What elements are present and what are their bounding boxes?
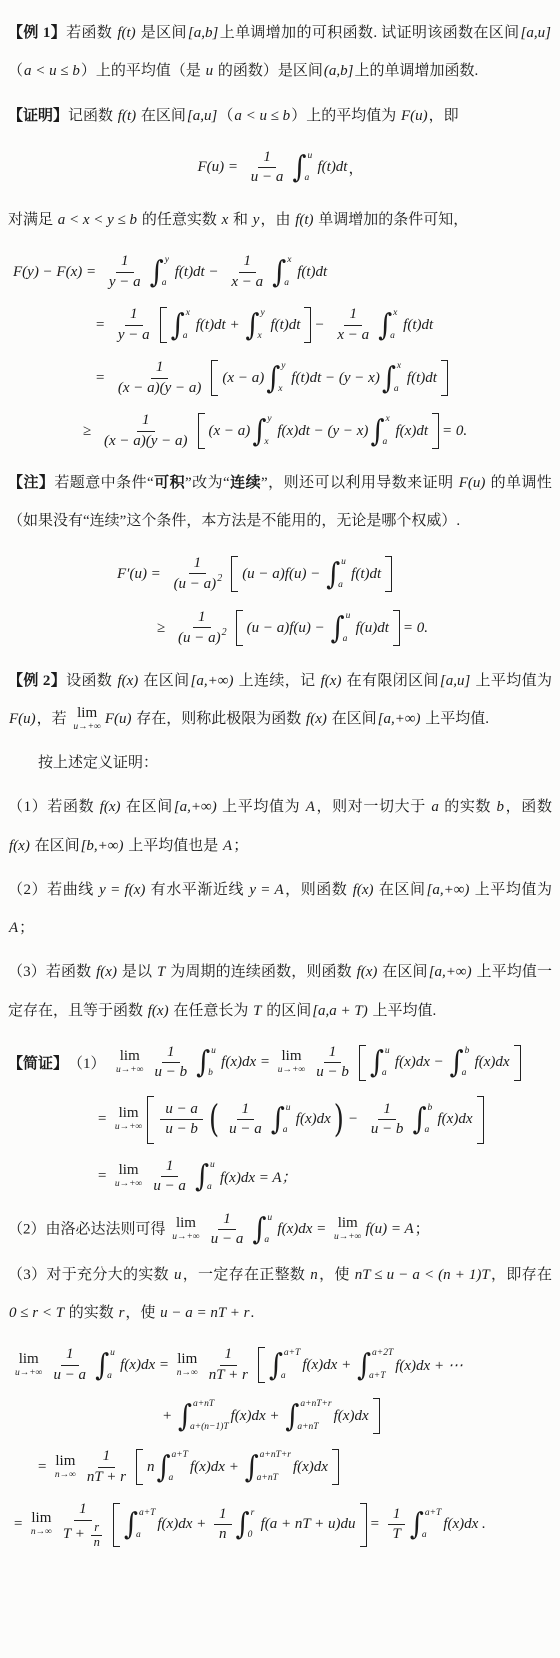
superscript: 2	[222, 627, 227, 638]
formula-row: + ∫a+nTa+(n−1)Tf(x)dx + ∫a+nT+ra+nTf(x)d…	[8, 1398, 552, 1434]
math-text: [b,+∞)	[80, 838, 125, 854]
math-text: a < u ≤ b	[23, 63, 81, 79]
math-text: T	[391, 1526, 401, 1542]
math-text: F(y) − F(x) =	[12, 264, 101, 281]
integral-glyph-icon: ∫	[285, 1401, 299, 1431]
integral-glyph-icon: ∫	[412, 1105, 426, 1135]
math-text: y = A	[248, 882, 284, 898]
right-bracket	[441, 360, 448, 396]
text-run: （2）若曲线	[8, 882, 98, 898]
denominator: u − b	[149, 1063, 192, 1083]
math-text: 1	[241, 1101, 251, 1117]
math-text: u	[205, 63, 215, 79]
integral-limits: yx	[260, 309, 268, 341]
paragraph: （3）对于充分大的实数 u，一定存在正整数 n，使 nT ≤ u − a < (…	[8, 1256, 552, 1333]
integral-glyph-icon: ∫	[370, 416, 384, 446]
limit-word: lim	[119, 1106, 139, 1121]
math-text: −	[347, 1111, 363, 1128]
math-text: (u − a)f(u) −	[241, 566, 325, 583]
math-text: [a,b]	[187, 25, 219, 41]
math-text: f(x)	[95, 964, 118, 980]
math-text: f(x)dx =	[220, 1054, 275, 1071]
fraction: rn	[91, 1521, 103, 1550]
limit-subscript: n→∞	[177, 1369, 198, 1379]
bold-label: 【简证】	[8, 1052, 68, 1073]
math-text: f(t)dt	[296, 264, 328, 281]
math-text: f(t)	[294, 212, 314, 228]
integral-upper-limit: y	[165, 256, 169, 266]
numerator: 1	[61, 1345, 79, 1366]
paragraph: （2）由洛必达法则可得 limu→+∞1u − a∫uaf(x)dx = lim…	[8, 1210, 552, 1250]
math-text: f(x)	[305, 711, 328, 727]
denominator: u − b	[160, 1120, 203, 1140]
text-run: 在区间	[122, 799, 173, 815]
numerator: 1	[344, 305, 362, 326]
integral-sign: ∫a+nT+ra+nT	[245, 1451, 291, 1483]
integral-glyph-icon: ∫	[245, 1452, 259, 1482]
formula-row: = limn→∞1T + rn∫a+Taf(x)dx + 1n∫r0f(a + …	[8, 1500, 552, 1549]
integral-upper-limit: x	[186, 309, 190, 319]
integral-glyph-icon: ∫	[150, 257, 164, 287]
math-text: = 0.	[402, 620, 429, 637]
bold-label: 【证明】	[8, 108, 68, 124]
math-text: u	[173, 1267, 183, 1283]
limit-operator: limu→+∞	[172, 1216, 199, 1243]
left-bracket	[258, 1347, 265, 1383]
bold-label: 连续	[230, 475, 261, 491]
text-run: 记函数	[68, 108, 117, 124]
numerator: 1	[98, 1447, 116, 1468]
integral-sign: ∫xa	[382, 362, 405, 394]
math-text: 1	[165, 1158, 175, 1174]
math-text: u − b	[315, 1064, 350, 1080]
math-text: f(t)dt	[350, 566, 382, 583]
math-text: f(x)dx −	[394, 1054, 449, 1071]
math-text: (u − a)f(u) −	[246, 620, 330, 637]
math-text: n	[309, 1267, 319, 1283]
formula-block: F′(u) = 1(u − a)2(u − a)f(u) − ∫uaf(t)dt…	[8, 554, 552, 649]
bracket-group: (u − a)f(u) − ∫uaf(t)dt	[231, 556, 392, 592]
formula-block: F(u) = 1u − a∫uaf(t)dt，	[8, 148, 552, 188]
math-text: f(x)dx +	[230, 1408, 285, 1425]
text-run: ，	[348, 157, 363, 178]
fraction: 1u − a	[246, 148, 289, 188]
numerator: 1	[151, 358, 169, 379]
text-run: 是以	[118, 964, 156, 980]
formula-row: limu→+∞1u − a∫uaf(x)dx = limn→∞1nT + r∫a…	[8, 1345, 552, 1385]
text-run: 的函数）是区间	[214, 63, 323, 79]
limit-operator: limu→+∞	[116, 1049, 143, 1076]
bracket-group: ∫a+Taf(x)dx + ∫a+2Ta+Tf(x)dx + ⋯	[258, 1347, 465, 1383]
formula-row: F(u) = 1u − a∫uaf(t)dt，	[8, 148, 552, 188]
text-run: （3）若函数	[8, 964, 95, 980]
integral-glyph-icon: ∫	[331, 613, 345, 643]
denominator: u − a	[148, 1177, 191, 1197]
limit-word: lim	[177, 1352, 197, 1367]
limit-word: lim	[120, 1049, 140, 1064]
math-text: a	[430, 799, 440, 815]
right-bracket	[360, 1503, 367, 1547]
integral-upper-limit: x	[287, 256, 291, 266]
integral-glyph-icon: ∫	[196, 1048, 210, 1078]
math-text: f(x)dx = A；	[219, 1166, 298, 1187]
bracket-body: u − au − b(1u − a∫uaf(x)dx)− 1u − b∫baf(…	[156, 1096, 474, 1144]
integral-sign: ∫yx	[252, 415, 275, 447]
integral-limits: ua	[341, 558, 349, 590]
math-text: 1	[155, 359, 165, 375]
text-run: .	[250, 1305, 254, 1321]
math-text: 1	[197, 609, 207, 625]
math-text: u − b	[153, 1064, 188, 1080]
math-text: f(x)dx	[474, 1054, 511, 1071]
numerator: 1	[388, 1505, 406, 1526]
math-text: =	[96, 1168, 112, 1185]
math-text: u − a	[250, 169, 285, 185]
left-bracket	[160, 307, 167, 343]
limit-word: lim	[338, 1216, 358, 1231]
left-bracket	[359, 1045, 366, 1081]
paragraph: 【例 1】若函数 f(t) 是区间[a,b]上单调增加的可积函数. 试证明该函数…	[8, 14, 552, 91]
numerator: 1	[220, 1345, 238, 1366]
paragraph: 【证明】记函数 f(t) 在区间[a,u]（a < u ≤ b）上的平均值为 F…	[8, 97, 552, 135]
integral-upper-limit: b	[428, 1104, 433, 1114]
text-run: 若函数	[66, 25, 116, 41]
fraction: 1u − b	[149, 1043, 192, 1083]
limit-operator: limu→+∞	[278, 1049, 305, 1076]
math-text: 1	[129, 306, 139, 322]
text-run: 在区间	[139, 673, 189, 689]
integral-sign: ∫yx	[245, 309, 268, 341]
numerator: 1	[324, 1043, 342, 1064]
limit-word: lim	[281, 1049, 301, 1064]
denominator: nT + r	[204, 1366, 253, 1386]
denominator: (u − a)2	[169, 574, 227, 595]
math-text: nT ≤ u − a < (n + 1)T	[354, 1267, 491, 1283]
text-run: ，即存在	[491, 1267, 556, 1283]
bracket-group: (x − a)∫yxf(t)dt − (y − x)∫xaf(t)dt	[211, 360, 447, 396]
text-run: ，函数	[505, 799, 556, 815]
integral-lower-limit: a+(n−1)T	[190, 1423, 229, 1433]
integral-limits: a+Ta	[172, 1451, 188, 1483]
text-run: （	[218, 108, 233, 124]
math-text: [a,a + T)	[311, 1003, 369, 1019]
right-bracket	[332, 1449, 339, 1485]
integral-sign: ∫ba	[450, 1047, 473, 1079]
integral-sign: ∫a+Ta	[124, 1509, 156, 1541]
denominator: u − a	[224, 1120, 267, 1140]
integral-glyph-icon: ∫	[382, 363, 396, 393]
math-text: = 0.	[441, 423, 468, 440]
integral-sign: ∫xa	[370, 415, 393, 447]
text-run: ”，则还可以利用导数来证明	[261, 475, 458, 491]
formula-row: ≥ 1(u − a)2(u − a)f(u) − ∫uaf(u)dt= 0.	[8, 608, 552, 649]
integral-limits: ua	[110, 1349, 118, 1381]
integral-upper-limit: u	[346, 612, 351, 622]
numerator: 1	[258, 148, 276, 169]
math-text: f(a + nT + u)du	[260, 1516, 357, 1533]
numerator: 1	[218, 1210, 236, 1231]
integral-upper-limit: x	[397, 362, 401, 372]
limit-word: lim	[176, 1216, 196, 1231]
integral-upper-limit: u	[286, 1104, 291, 1114]
integral-sign: ∫xa	[378, 309, 401, 341]
text-run: 在区间	[31, 838, 80, 854]
integral-glyph-icon: ∫	[326, 559, 340, 589]
denominator: (x − a)(y − a)	[99, 432, 193, 452]
text-run: ）上的平均值为	[291, 108, 400, 124]
right-bracket	[304, 307, 311, 343]
math-text: F′(u) =	[116, 566, 166, 583]
math-text: 1	[166, 1044, 176, 1060]
math-text: [a,+∞)	[426, 882, 471, 898]
text-run: 上平均值为	[471, 673, 555, 689]
math-text: 1	[348, 306, 358, 322]
math-text: f(x)	[116, 673, 139, 689]
math-text: 1	[193, 555, 203, 571]
text-run: ；	[233, 838, 248, 854]
bracket-body: n∫a+Taf(x)dx + ∫a+nT+ra+nTf(x)dx	[145, 1449, 330, 1485]
integral-limits: a+Ta	[139, 1509, 155, 1541]
formula-row: = 1(x − a)(y − a)(x − a)∫yxf(t)dt − (y −…	[8, 358, 552, 398]
denominator: u − a	[206, 1230, 249, 1250]
math-text: A	[305, 799, 316, 815]
math-text: f(t)dt	[402, 317, 434, 334]
math-text: n	[218, 1526, 228, 1542]
math-text: =	[94, 317, 110, 334]
text-run: 在区间	[328, 711, 377, 727]
math-text: [a,+∞)	[377, 711, 422, 727]
fraction: 1(x − a)(y − a)	[113, 358, 207, 398]
limit-operator: limn→∞	[177, 1352, 198, 1379]
math-text: 1	[243, 253, 253, 269]
math-text: F(u)	[8, 711, 37, 727]
bold-label: 可积	[154, 475, 185, 491]
paragraph: （3）若函数 f(x) 是以 T 为周期的连续函数，则函数 f(x) 在区间[a…	[8, 953, 552, 1030]
integral-glyph-icon: ∫	[195, 1162, 209, 1192]
integral-sign: ∫a+Ta	[269, 1349, 301, 1381]
math-text: u − a	[228, 1121, 263, 1137]
integral-sign: ∫a+nTa+(n−1)T	[178, 1400, 229, 1432]
integral-limits: ua	[267, 1214, 275, 1246]
formula-row: F(y) − F(x) = 1y − a∫yaf(t)dt − 1x − a∫x…	[8, 252, 552, 292]
integral-upper-limit: x	[393, 309, 397, 319]
integral-upper-limit: a+T	[139, 1509, 155, 1519]
bracket-body: (x − a)∫yxf(t)dt − (y − x)∫xaf(t)dt	[220, 360, 438, 396]
math-text: F(u) =	[197, 159, 243, 176]
bold-label: 【注】	[8, 475, 54, 491]
fraction: 1u − a	[224, 1100, 267, 1140]
bracket-body: ∫a+Taf(x)dx + ∫a+2Ta+Tf(x)dx + ⋯	[267, 1347, 465, 1383]
fraction: 1(x − a)(y − a)	[99, 411, 193, 451]
bracket-body: (x − a)∫yxf(x)dt − (y − x)∫xaf(x)dt	[207, 413, 430, 449]
left-bracket	[236, 610, 243, 646]
fraction: 1u − b	[311, 1043, 354, 1083]
math-text: 1	[224, 1346, 234, 1362]
integral-limits: a+nT+ra+nT	[260, 1451, 291, 1483]
math-text: (u − a)	[173, 576, 218, 592]
math-text: 1	[262, 149, 272, 165]
math-text: f(x)dx	[333, 1408, 370, 1425]
math-text: T	[156, 964, 166, 980]
formula-row: F′(u) = 1(u − a)2(u − a)f(u) − ∫uaf(t)dt	[8, 554, 552, 595]
math-text: u − a = nT + r	[159, 1305, 250, 1321]
math-text: f(x)	[320, 673, 343, 689]
text-run: ，则函数	[285, 882, 352, 898]
integral-sign: ∫ub	[196, 1047, 219, 1079]
math-text: 1	[218, 1506, 228, 1522]
integral-limits: yx	[281, 362, 289, 394]
math-text: nT + r	[86, 1469, 127, 1485]
integral-glyph-icon: ∫	[292, 153, 306, 183]
math-text: f(x)dt − (y − x)	[276, 423, 369, 440]
integral-glyph-icon: ∫	[252, 1215, 266, 1245]
fraction: 1u − b	[366, 1100, 409, 1140]
text-run: （2）由洛必达法则可得	[8, 1221, 169, 1237]
left-bracket	[211, 360, 218, 396]
limit-operator: limu→+∞	[15, 1352, 42, 1379]
limit-word: lim	[77, 706, 97, 721]
math-text: [a,+∞)	[428, 964, 473, 980]
fraction: 1x − a	[332, 305, 374, 345]
limit-operator: limn→∞	[55, 1454, 76, 1481]
denominator: y − a	[104, 273, 146, 293]
integral-upper-limit: u	[341, 558, 346, 568]
math-text: f(t)dt	[269, 317, 301, 334]
math-text: =	[12, 1516, 28, 1533]
math-text: 1	[120, 253, 130, 269]
limit-subscript: u→+∞	[278, 1066, 305, 1076]
math-text: f(t)dt −	[174, 264, 224, 281]
math-text: f(x)dx	[437, 1111, 474, 1128]
math-text: (u − a)	[177, 630, 222, 646]
math-text: f(x)dx =	[276, 1221, 331, 1237]
left-bracket	[231, 556, 238, 592]
math-text: n	[146, 1459, 156, 1476]
text-run: 若题意中条件“	[54, 475, 153, 491]
math-text: [a,+∞)	[173, 799, 218, 815]
text-run: 设函数	[66, 673, 116, 689]
text-run: ，使	[319, 1267, 354, 1283]
formula-row: = limn→∞1nT + rn∫a+Taf(x)dx + ∫a+nT+ra+n…	[8, 1447, 552, 1487]
integral-lower-limit: a+T	[369, 1372, 385, 1382]
integral-limits: a+nTa+(n−1)T	[193, 1400, 229, 1432]
integral-glyph-icon: ∫	[252, 416, 266, 446]
document-body: 【例 1】若函数 f(t) 是区间[a,b]上单调增加的可积函数. 试证明该函数…	[8, 14, 552, 1549]
integral-sign: ∫r0	[236, 1509, 259, 1541]
bracket-group: n∫a+Taf(x)dx + ∫a+nT+ra+nTf(x)dx	[136, 1449, 339, 1485]
integral-sign: ∫a+2Ta+T	[357, 1349, 393, 1381]
fraction: 1u − a	[48, 1345, 91, 1385]
math-text: 1	[392, 1506, 402, 1522]
formula-block: F(y) − F(x) = 1y − a∫yaf(t)dt − 1x − a∫x…	[8, 252, 552, 451]
text-run: ）上的平均值（是	[81, 63, 205, 79]
integral-upper-limit: u	[110, 1349, 115, 1359]
math-text: 1	[65, 1346, 75, 1362]
math-text: f(t)dt +	[195, 317, 245, 334]
integral-sign: ∫ua	[95, 1349, 118, 1381]
math-text: ≥	[82, 423, 96, 440]
integral-sign: ∫a+Ta	[156, 1451, 188, 1483]
text-run: 有水平渐近线	[146, 882, 248, 898]
limit-subscript: u→+∞	[15, 1369, 42, 1379]
integral-glyph-icon: ∫	[357, 1350, 371, 1380]
integral-sign: ∫ua	[271, 1104, 294, 1136]
math-text: [a,u]	[520, 25, 552, 41]
paragraph: 对满足 a < x < y ≤ b 的任意实数 x 和 y，由 f(t) 单调增…	[8, 201, 552, 239]
integral-upper-limit: x	[386, 415, 390, 425]
math-text: f(x)	[99, 799, 122, 815]
text-run: 是区间	[137, 25, 187, 41]
text-run: 存在，则称此极限为函数	[133, 711, 306, 727]
limit-operator: limn→∞	[31, 1511, 52, 1538]
math-text: f(x)dx +	[301, 1357, 356, 1374]
math-text: F(u)	[104, 711, 133, 727]
integral-sign: ∫xa	[272, 256, 295, 288]
limit-subscript: u→+∞	[73, 723, 100, 733]
math-text: ≥	[156, 620, 170, 637]
math-text: f(t)dt	[316, 159, 348, 176]
math-text: (x − a)	[221, 370, 265, 387]
text-run: 上平均值.	[422, 711, 490, 727]
numerator: 1	[189, 554, 207, 575]
text-run: ，由	[260, 212, 294, 228]
text-run: 上连续，记	[234, 673, 319, 689]
integral-limits: r0	[251, 1509, 259, 1541]
math-text: =	[36, 1459, 52, 1476]
denominator: u − b	[311, 1063, 354, 1083]
math-text: f(x)	[356, 964, 379, 980]
integral-limits: ba	[428, 1104, 436, 1136]
math-text: [a,u]	[439, 673, 471, 689]
integral-glyph-icon: ∫	[245, 310, 259, 340]
limit-word: lim	[19, 1352, 39, 1367]
integral-limits: xa	[386, 415, 394, 447]
text-run: 上平均值为	[470, 882, 555, 898]
math-text: n	[93, 1535, 101, 1549]
integral-sign: ∫ua	[292, 152, 315, 184]
denominator: (x − a)(y − a)	[113, 379, 207, 399]
math-text: +	[161, 1408, 177, 1425]
math-text: x	[221, 212, 230, 228]
math-text: f(u)dt	[355, 620, 390, 637]
bracket-group: ∫a+Taf(x)dx + 1n∫r0f(a + nT + u)du	[113, 1503, 367, 1547]
limit-subscript: u→+∞	[116, 1066, 143, 1076]
text-run: ，则对一切大于	[316, 799, 430, 815]
text-run: 的任意实数	[138, 212, 221, 228]
numerator: 1	[214, 1505, 232, 1526]
text-run: 的区间	[262, 1003, 311, 1019]
text-run: （1）若函数	[8, 799, 99, 815]
math-text: A	[8, 920, 19, 936]
math-text: f(t)	[117, 108, 137, 124]
denominator: nT + r	[82, 1468, 131, 1488]
fraction: 1u − a	[148, 1157, 191, 1197]
integral-upper-limit: a+nT	[193, 1400, 214, 1410]
left-bracket	[198, 413, 205, 449]
math-text: T +	[62, 1526, 90, 1542]
numerator: 1	[125, 305, 143, 326]
integral-glyph-icon: ∫	[178, 1401, 192, 1431]
integral-limits: xa	[397, 362, 405, 394]
integral-upper-limit: u	[210, 1161, 215, 1171]
denominator: (u − a)2	[173, 628, 231, 649]
integral-upper-limit: a+T	[284, 1349, 300, 1359]
bracket-body: (u − a)f(u) − ∫uaf(u)dt	[245, 610, 391, 646]
text-run: （3）对于充分大的实数	[8, 1267, 173, 1283]
integral-limits: ua	[286, 1104, 294, 1136]
integral-sign: ∫ua	[195, 1161, 218, 1193]
formula-row: 【简证】（1） limu→+∞1u − b∫ubf(x)dx = limu→+∞…	[8, 1043, 552, 1083]
